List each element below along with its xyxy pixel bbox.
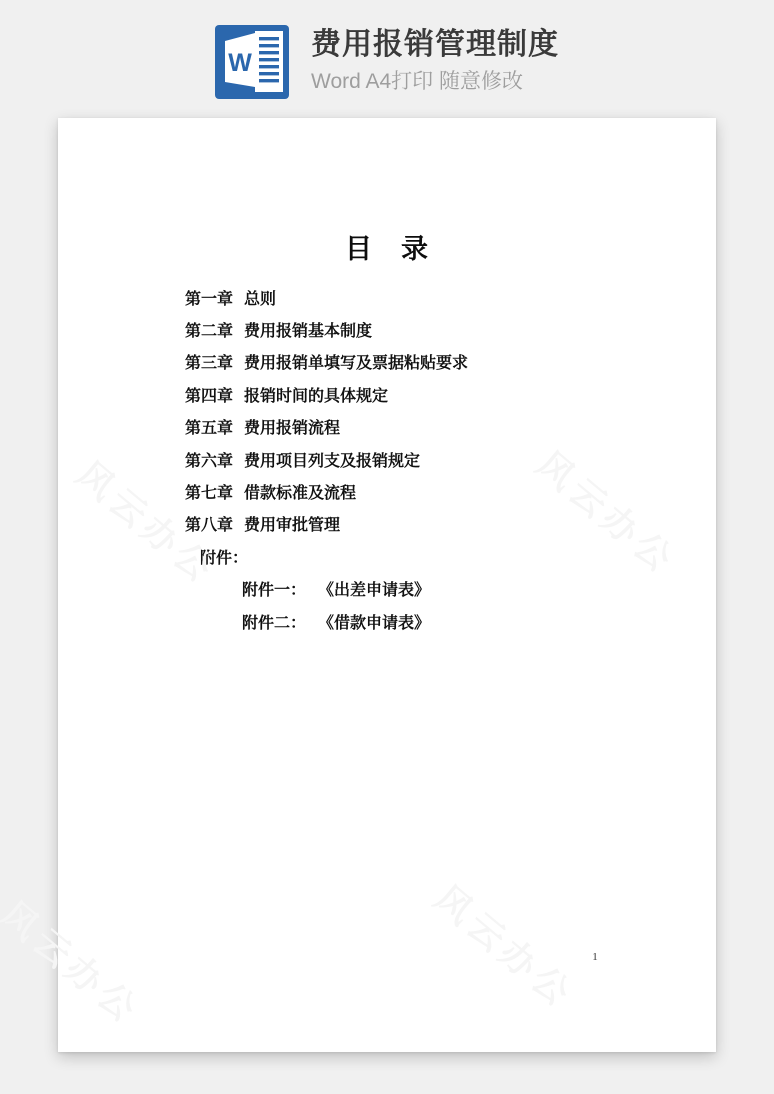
chapter-label: 第六章: [185, 448, 233, 471]
toc-attachment-2: 附件二： 《借款申请表》: [58, 605, 716, 637]
chapter-title: 报销时间的具体规定: [244, 383, 388, 406]
template-header: W 费用报销管理制度 Word A4打印 随意修改: [0, 25, 774, 99]
attachment-label: 附件二：: [242, 610, 306, 633]
attachment-label: 附件一：: [242, 577, 306, 600]
document-page: 目 录 第一章 总则 第二章 费用报销基本制度 第三章 费用报销单填写及票据粘贴…: [58, 118, 716, 1052]
chapter-title: 费用项目列支及报销规定: [244, 448, 420, 471]
toc-attachments-label: 附件：: [58, 540, 716, 572]
attachment-title: 《借款申请表》: [318, 610, 430, 633]
chapter-title: 费用报销基本制度: [244, 318, 372, 341]
toc-item-chapter-8: 第八章 费用审批管理: [58, 508, 716, 540]
chapter-title: 费用审批管理: [244, 512, 340, 535]
attachments-label-text: 附件：: [200, 545, 248, 568]
chapter-label: 第五章: [185, 415, 233, 438]
word-icon: W: [215, 25, 289, 99]
chapter-label: 第三章: [185, 350, 233, 373]
template-title: 费用报销管理制度: [311, 27, 559, 63]
chapter-label: 第一章: [185, 286, 233, 309]
toc-item-chapter-4: 第四章 报销时间的具体规定: [58, 378, 716, 410]
page-number: 1: [588, 951, 602, 963]
header-text-block: 费用报销管理制度 Word A4打印 随意修改: [311, 27, 559, 94]
chapter-title: 借款标准及流程: [244, 480, 356, 503]
toc-item-chapter-7: 第七章 借款标准及流程: [58, 475, 716, 507]
toc-item-chapter-1: 第一章 总则: [58, 281, 716, 313]
toc-attachment-1: 附件一： 《出差申请表》: [58, 573, 716, 605]
attachment-title: 《出差申请表》: [318, 577, 430, 600]
word-icon-letter: W: [228, 49, 252, 77]
toc-title: 目 录: [58, 233, 716, 265]
chapter-title: 费用报销单填写及票据粘贴要求: [244, 350, 468, 373]
toc-item-chapter-2: 第二章 费用报销基本制度: [58, 313, 716, 345]
preview-canvas: W 费用报销管理制度 Word A4打印 随意修改 风云办公 风云办公 风云办公…: [0, 0, 774, 1094]
toc-list: 第一章 总则 第二章 费用报销基本制度 第三章 费用报销单填写及票据粘贴要求 第…: [58, 281, 716, 637]
toc-item-chapter-3: 第三章 费用报销单填写及票据粘贴要求: [58, 346, 716, 378]
template-subtitle: Word A4打印 随意修改: [311, 70, 559, 94]
toc-item-chapter-5: 第五章 费用报销流程: [58, 411, 716, 443]
chapter-label: 第四章: [185, 383, 233, 406]
chapter-title: 费用报销流程: [244, 415, 340, 438]
chapter-label: 第二章: [185, 318, 233, 341]
chapter-title: 总则: [244, 286, 276, 309]
toc-item-chapter-6: 第六章 费用项目列支及报销规定: [58, 443, 716, 475]
chapter-label: 第七章: [185, 480, 233, 503]
chapter-label: 第八章: [185, 512, 233, 535]
